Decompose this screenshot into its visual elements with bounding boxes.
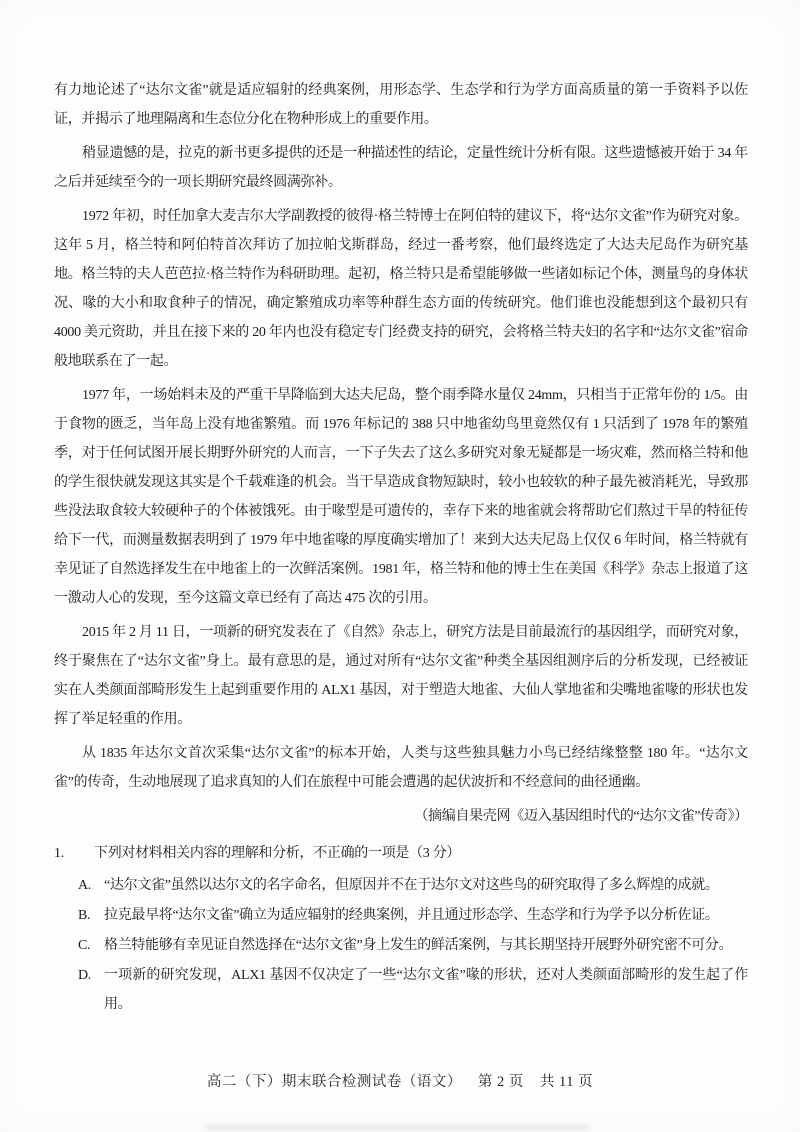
page-footer: 高二（下）期末联合检测试卷（语文） 第 2 页 共 11 页 bbox=[0, 1070, 800, 1091]
option-a-label: A. bbox=[78, 871, 104, 900]
footer-page-number: 第 2 页 bbox=[478, 1070, 524, 1091]
option-d-label: D. bbox=[78, 961, 104, 1019]
footer-total-pages: 共 11 页 bbox=[540, 1070, 593, 1091]
question-stem: 下列对材料相关内容的理解和分析，不正确的一项是（3 分） bbox=[94, 839, 748, 868]
option-d-text: 一项新的研究发现，ALX1 基因不仅决定了一些“达尔文雀”喙的形状，还对人类颜面… bbox=[104, 961, 748, 1019]
passage-paragraph: 从 1835 年达尔文首次采集“达尔文雀”的标本开始，人类与这些独具魅力小鸟已经… bbox=[54, 739, 748, 797]
question-1: 1. 下列对材料相关内容的理解和分析，不正确的一项是（3 分） bbox=[54, 839, 748, 868]
option-c-label: C. bbox=[78, 931, 104, 960]
option-c: C. 格兰特能够有幸见证自然选择在“达尔文雀”身上发生的鲜活案例，与其长期坚持开… bbox=[78, 931, 748, 960]
option-b-label: B. bbox=[78, 901, 104, 930]
option-c-text: 格兰特能够有幸见证自然选择在“达尔文雀”身上发生的鲜活案例，与其长期坚持开展野外… bbox=[104, 931, 748, 960]
passage-paragraph: 稍显遗憾的是，拉克的新书更多提供的还是一种描述性的结论，定量性统计分析有限。这些… bbox=[54, 139, 748, 197]
passage-paragraph: 有力地论述了“达尔文雀”就是适应辐射的经典案例，用形态学、生态学和行为学方面高质… bbox=[54, 76, 748, 134]
option-a: A. “达尔文雀”虽然以达尔文的名字命名，但原因并不在于达尔文对这些鸟的研究取得… bbox=[78, 871, 748, 900]
passage-source-attribution: （摘编自果壳网《迈入基因组时代的“达尔文雀”传奇》） bbox=[54, 802, 748, 831]
passage-paragraph: 1972 年初，时任加拿大麦吉尔大学副教授的彼得·格兰特博士在阿伯特的建议下，将… bbox=[54, 202, 748, 376]
question-number: 1. bbox=[54, 839, 94, 868]
option-a-text: “达尔文雀”虽然以达尔文的名字命名，但原因并不在于达尔文对这些鸟的研究取得了多么… bbox=[104, 871, 748, 900]
option-b-text: 拉克最早将“达尔文雀”确立为适应辐射的经典案例，并且通过形态学、生态学和行为学予… bbox=[104, 901, 748, 930]
passage-and-question-block: 有力地论述了“达尔文雀”就是适应辐射的经典案例，用形态学、生态学和行为学方面高质… bbox=[54, 76, 748, 1020]
passage-paragraph: 1977 年，一场始料未及的严重干旱降临到大达夫尼岛，整个雨季降水量仅 24mm… bbox=[54, 381, 748, 613]
exam-paper-page: 有力地论述了“达尔文雀”就是适应辐射的经典案例，用形态学、生态学和行为学方面高质… bbox=[0, 0, 800, 1132]
passage-paragraph: 2015 年 2 月 11 日，一项新的研究发表在了《自然》杂志上，研究方法是目… bbox=[54, 618, 748, 734]
option-d: D. 一项新的研究发现，ALX1 基因不仅决定了一些“达尔文雀”喙的形状，还对人… bbox=[78, 961, 748, 1019]
footer-exam-title: 高二（下）期末联合检测试卷（语文） bbox=[207, 1070, 462, 1091]
option-b: B. 拉克最早将“达尔文雀”确立为适应辐射的经典案例，并且通过形态学、生态学和行… bbox=[78, 901, 748, 930]
question-options: A. “达尔文雀”虽然以达尔文的名字命名，但原因并不在于达尔文对这些鸟的研究取得… bbox=[54, 871, 748, 1019]
scan-edge-artifact bbox=[205, 1124, 590, 1131]
